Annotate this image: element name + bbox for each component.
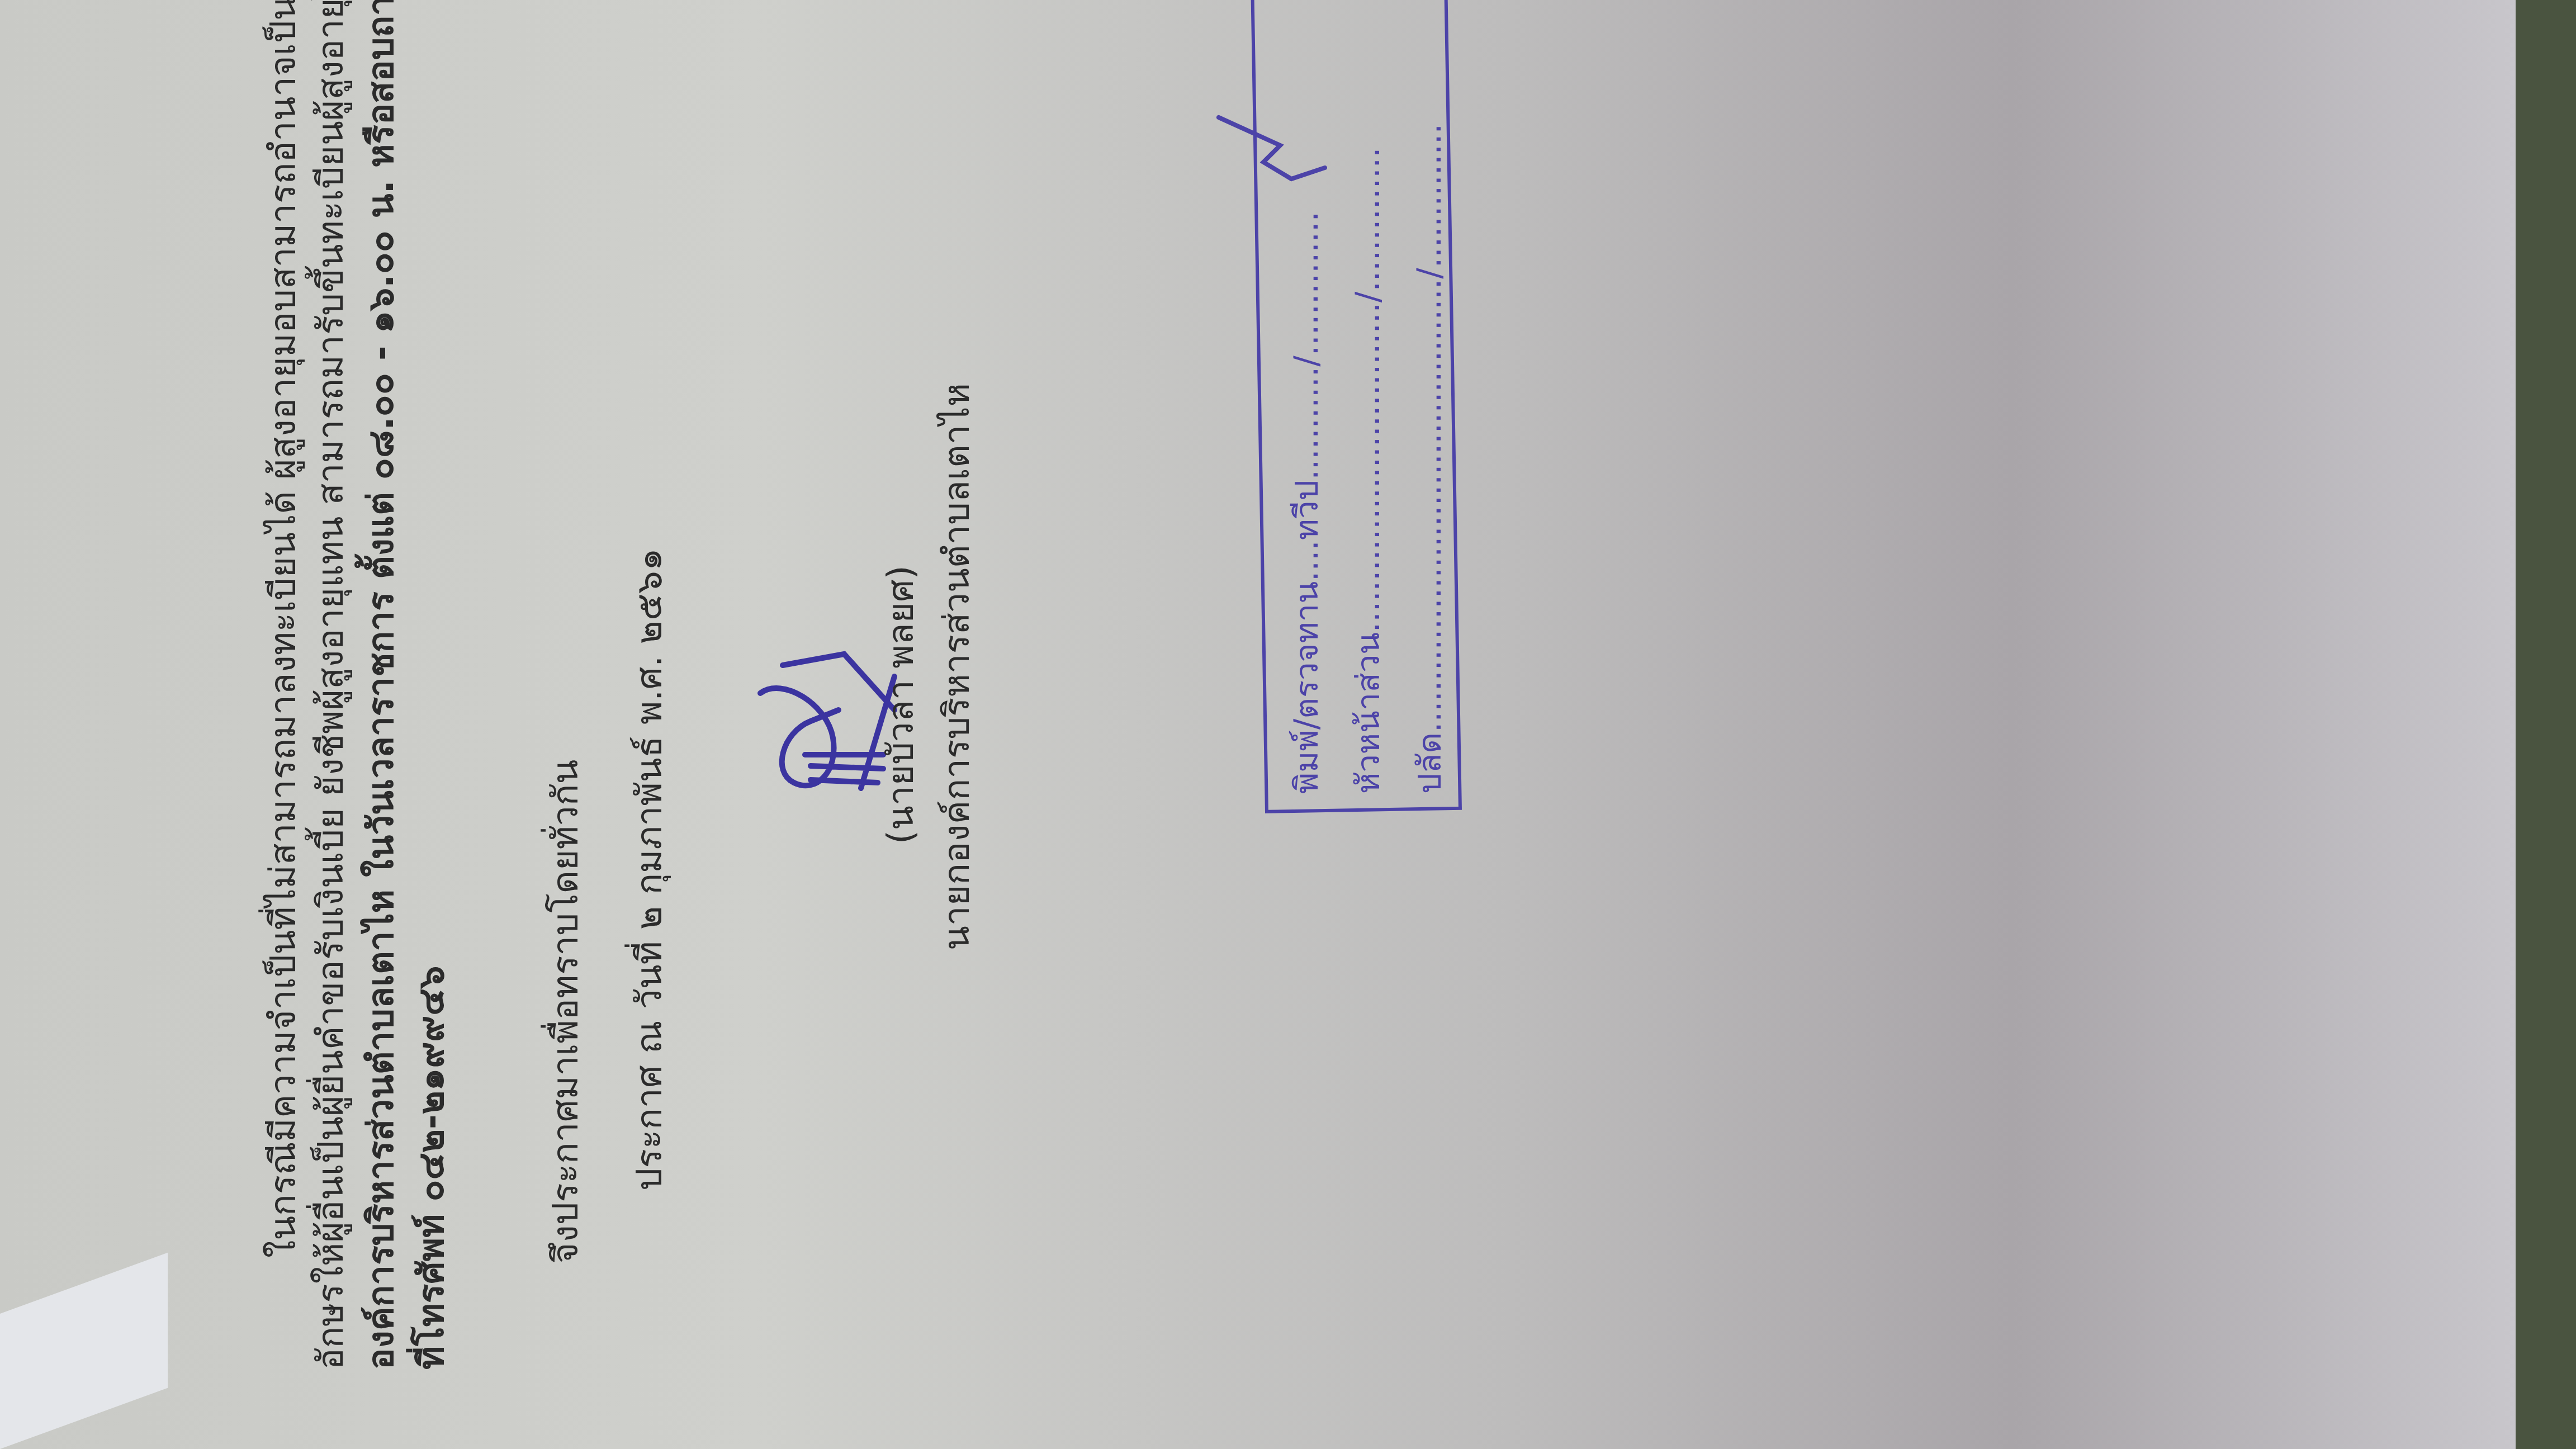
signer-name: (นายบัวลา พลยศ) [872,565,929,844]
stamp-line-section-head: หัวหน้าส่วน.............................… [1342,148,1394,794]
signer-title: นายกองค์การบริหารส่วนตำบลเตาไห [928,383,985,950]
checkmark-icon [1196,95,1330,229]
paragraph-line-4: ที่โทรศัพท์ ๐๔๒-๒๑๙๙๔๖ [402,966,460,1370]
paragraph-line-2: อักษรให้ผู้อื่นเป็นผู้ยื่นคำขอรับเงินเบี… [302,0,359,1370]
paragraph-line-3: องค์การบริหารส่วนตำบลเตาไห ในวันเวลาราชก… [352,0,409,1370]
stamp-line-print-review: พิมพ์/ตรวจทาน....ทวีป.........../.......… [1280,211,1332,794]
date-line: ประกาศ ณ วันที่ ๒ กุมภาพันธ์ พ.ศ. ๒๕๖๑ [621,548,678,1191]
stamp-line-chief-admin: ปลัด....................................… [1403,124,1455,794]
announce-line: จึงประกาศมาเพื่อทราบโดยทั่วกัน [537,760,594,1263]
